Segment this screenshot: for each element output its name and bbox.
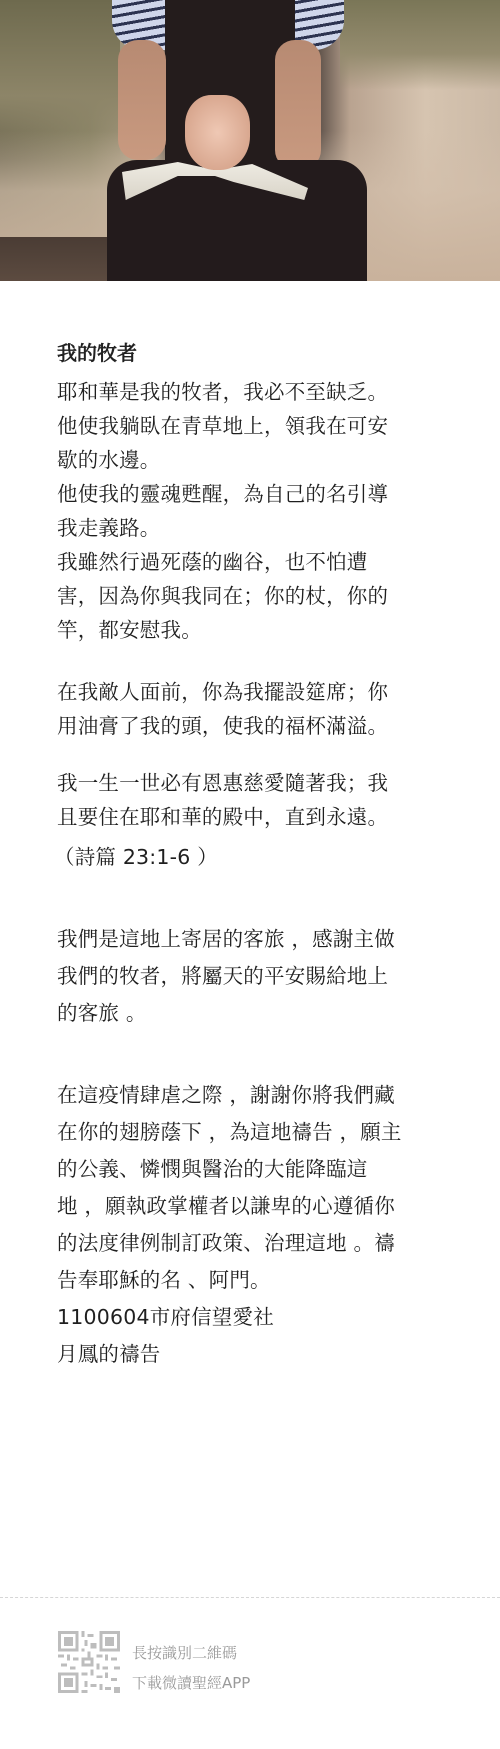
qr-instruction: 長按識別二維碼: [132, 1642, 237, 1663]
article-title: 我的牧者: [57, 338, 137, 368]
hero-arm-right: [275, 40, 321, 170]
article-line: 在這疫情肆虐之際 ，謝謝你將我們藏: [57, 1078, 395, 1112]
article-line: 歇的水邊。: [57, 443, 161, 477]
article-line: 我走義路。: [57, 511, 161, 545]
scripture-reference: （詩篇 23:1-6 ）: [54, 840, 218, 874]
signature-line: 月鳳的禱告: [57, 1337, 161, 1371]
hero-grass-right: [340, 0, 500, 90]
article-line: 的公義、憐憫與醫治的大能降臨這: [57, 1152, 368, 1186]
hero-image: [0, 0, 500, 281]
signature-line: 1100604市府信望愛社: [57, 1300, 274, 1334]
hero-arm-left: [118, 40, 166, 160]
article-line: 的法度律例制訂政策、治理這地 。禱: [57, 1226, 395, 1260]
footer-divider: [0, 1597, 500, 1598]
article-line: 在你的翅膀蔭下 ，為這地禱告 ，願主: [57, 1115, 402, 1149]
article-line: 害，因為你與我同在；你的杖，你的: [57, 579, 388, 613]
article-line: 耶和華是我的牧者，我必不至缺乏。: [57, 375, 388, 409]
article-line: 我們的牧者，將屬天的平安賜給地上: [57, 959, 388, 993]
article-line: 告奉耶穌的名 、阿門。: [57, 1263, 271, 1297]
article-line: 用油膏了我的頭，使我的福杯滿溢。: [57, 709, 388, 743]
article-line: 的客旅 。: [57, 996, 147, 1030]
article-line: 竿，都安慰我。: [57, 613, 202, 647]
article-line: 我雖然行過死蔭的幽谷，也不怕遭: [57, 545, 368, 579]
qr-code-icon[interactable]: [58, 1631, 120, 1693]
article-line: 地 ，願執政掌權者以謙卑的心遵循你: [57, 1189, 395, 1223]
article-line: 我們是這地上寄居的客旅 ，感謝主做: [57, 922, 395, 956]
article-line: 且要住在耶和華的殿中，直到永遠。: [57, 800, 388, 834]
article-line: 在我敵人面前，你為我擺設筵席；你: [57, 675, 388, 709]
download-app-label[interactable]: 下載微讀聖經APP: [132, 1672, 250, 1693]
article-line: 他使我躺臥在青草地上，領我在可安: [57, 409, 388, 443]
article-line: 我一生一世必有恩惠慈愛隨著我；我: [57, 766, 388, 800]
hero-praying-hands: [185, 95, 250, 170]
article-line: 他使我的靈魂甦醒，為自己的名引導: [57, 477, 388, 511]
